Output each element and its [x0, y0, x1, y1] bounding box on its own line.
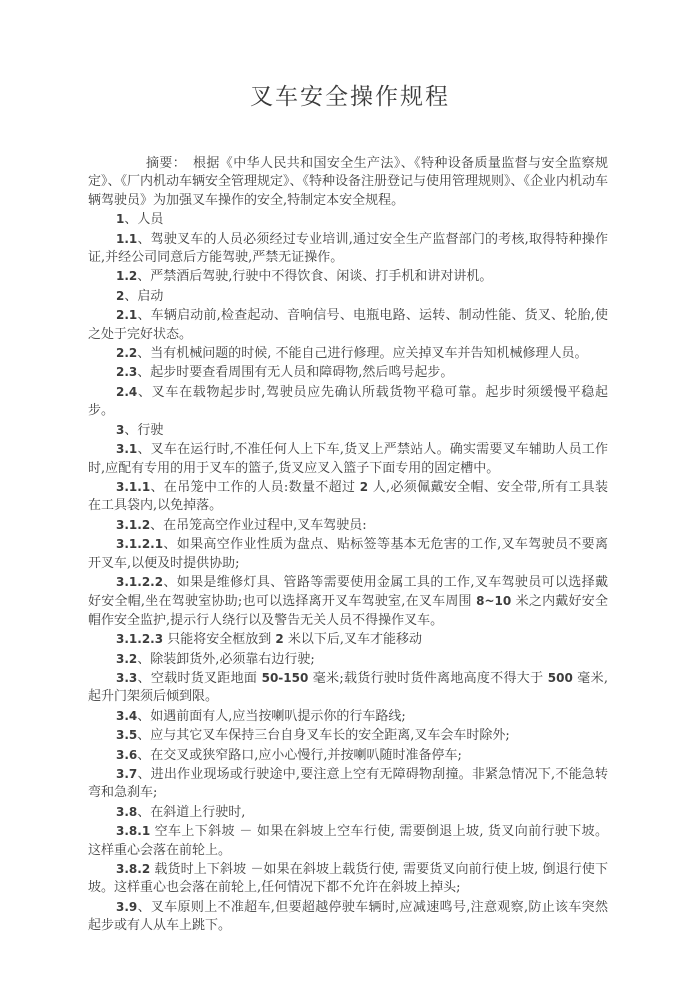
clause-text: 、在吊笼高空作业过程中,叉车驾驶员:: [150, 518, 367, 533]
clause-text: 载货时上下斜坡 －如果在斜坡上载货行使, 需要货叉向前行使上坡, 倒退行使下坡。…: [88, 862, 608, 895]
clause-number: 1.1: [116, 232, 137, 246]
clause-number: 3.8.1: [116, 824, 150, 838]
clause-number: 2: [275, 632, 283, 646]
paragraph: 3.2、除装卸货外,必须靠右边行驶;: [88, 650, 608, 669]
clause-text: 、起步时要查看周围有无人员和障碍物,然后鸣号起步。: [137, 365, 453, 380]
clause-number: 2.1: [116, 308, 137, 322]
paragraph: 1.2、严禁酒后驾驶,行驶中不得饮食、闲谈、打手机和讲对讲机。: [88, 267, 608, 286]
paragraph: 2.2、当有机械问题的时候, 不能自己进行修理。应关掉叉车并告知机械修理人员。: [88, 344, 608, 363]
clause-text: 、应与其它叉车保持三台自身叉车长的安全距离,叉车会车时除外;: [137, 728, 510, 743]
clause-text: 、叉车原则上不准超车,但要超越停驶车辆时,应减速鸣号,注意观察,防止该车突然起步…: [88, 900, 608, 933]
clause-number: 3.1.2: [116, 518, 150, 532]
clause-number: 3.3: [116, 671, 137, 685]
clause-text: 只能将安全框放到: [163, 632, 275, 647]
clause-number: 500: [548, 671, 573, 685]
clause-text: 、除装卸货外,必须靠右边行驶;: [137, 652, 315, 667]
paragraph: 3.8.1 空车上下斜坡 － 如果在斜坡上空车行使, 需要倒退上坡, 货叉向前行…: [88, 822, 608, 860]
document-page: 叉车安全操作规程 摘要： 根据《中华人民共和国安全生产法》、《特种设备质量监督与…: [0, 0, 700, 990]
paragraph: 3.1.2.3 只能将安全框放到 2 米以下后,叉车才能移动: [88, 630, 608, 649]
clause-number: 3.1: [116, 442, 137, 456]
clause-number: 2.2: [116, 346, 137, 360]
paragraph: 1.1、驾驶叉车的人员必须经过专业培训,通过安全生产监督部门的考核,取得特种操作…: [88, 230, 608, 268]
paragraph: 3.8.2 载货时上下斜坡 －如果在斜坡上载货行使, 需要货叉向前行使上坡, 倒…: [88, 860, 608, 898]
clause-text: 、如遇前面有人,应当按喇叭提示你的行车路线;: [137, 709, 406, 724]
paragraph: 摘要： 根据《中华人民共和国安全生产法》、《特种设备质量监督与安全监察规定》、《…: [88, 155, 608, 210]
clause-number: 3.5: [116, 728, 137, 742]
clause-number: 2: [360, 480, 368, 494]
paragraph: 2.4、叉车在载物起步时,驾驶员应先确认所载货物平稳可靠。起步时须缓慢平稳起步。: [88, 383, 608, 421]
clause-text: 、在吊笼中工作的人员:数量不超过: [150, 480, 360, 495]
clause-number: 3.2: [116, 652, 137, 666]
clause-number: 3.8.2: [116, 862, 150, 876]
clause-number: 1.2: [116, 269, 137, 283]
clause-text: 、在斜道上行驶时,: [137, 805, 245, 820]
paragraph: 3.3、空载时货叉距地面 50-150 毫米;载货行驶时货件离地高度不得大于 5…: [88, 669, 608, 707]
clause-text: 、空载时货叉距地面: [137, 671, 261, 686]
clause-text: 米以下后,叉车才能移动: [284, 632, 422, 647]
clause-text: 、车辆启动前,检查起动、音响信号、电瓶电路、运转、制动性能、货叉、轮胎,使之处于…: [88, 308, 608, 341]
paragraph: 3.1.1、在吊笼中工作的人员:数量不超过 2 人,必须佩戴安全帽、安全带,所有…: [88, 478, 608, 516]
clause-text: 、叉车在运行时,不准任何人上下车,货叉上严禁站人。确实需要叉车辅助人员工作时,应…: [88, 442, 608, 475]
paragraph: 3.4、如遇前面有人,应当按喇叭提示你的行车路线;: [88, 707, 608, 726]
paragraph: 3.1.2.2、如果是维修灯具、管路等需要使用金属工具的工作,叉车驾驶员可以选择…: [88, 573, 608, 630]
paragraph: 3.8、在斜道上行驶时,: [88, 803, 608, 822]
paragraph: 3.7、进出作业现场或行驶途中,要注意上空有无障碍物刮撞。非紧急情况下,不能急转…: [88, 765, 608, 803]
clause-text: 、严禁酒后驾驶,行驶中不得饮食、闲谈、打手机和讲对讲机。: [137, 269, 492, 284]
clause-number: 3.8: [116, 805, 137, 819]
clause-number: 3.1.2.3: [116, 632, 163, 646]
clause-number: 3.1.2.1: [116, 537, 163, 551]
clause-text: 空车上下斜坡 － 如果在斜坡上空车行使, 需要倒退上坡, 货叉向前行驶下坡。这样…: [88, 824, 608, 857]
clause-number: 8~10: [476, 594, 511, 608]
clause-number: 50-150: [262, 671, 309, 685]
paragraph: 3.6、在交叉或狭窄路口,应小心慢行,并按喇叭随时准备停车;: [88, 746, 608, 765]
paragraph: 3.1、叉车在运行时,不准任何人上下车,货叉上严禁站人。确实需要叉车辅助人员工作…: [88, 440, 608, 478]
clause-number: 3.1.2.2: [116, 575, 163, 589]
clause-text: 、在交叉或狭窄路口,应小心慢行,并按喇叭随时准备停车;: [137, 748, 462, 763]
paragraph: 3、行驶: [88, 421, 608, 440]
clause-text: 摘要： 根据《中华人民共和国安全生产法》、《特种设备质量监督与安全监察规定》、《…: [88, 156, 608, 208]
clause-number: 3.1.1: [116, 480, 150, 494]
clause-text: 、如果高空作业性质为盘点、贴标签等基本无危害的工作,叉车驾驶员不要离开叉车,以便…: [88, 537, 608, 570]
clause-number: 3.6: [116, 748, 137, 762]
clause-number: 3.4: [116, 709, 137, 723]
paragraph: 2、启动: [88, 287, 608, 306]
clause-text: 、人员: [124, 212, 163, 227]
paragraph: 2.3、起步时要查看周围有无人员和障碍物,然后鸣号起步。: [88, 363, 608, 382]
clause-number: 2.4: [116, 385, 137, 399]
paragraph: 1、人员: [88, 210, 608, 229]
paragraph: 3.9、叉车原则上不准超车,但要超越停驶车辆时,应减速鸣号,注意观察,防止该车突…: [88, 898, 608, 936]
clause-number: 2.3: [116, 365, 137, 379]
paragraph: 3.5、应与其它叉车保持三台自身叉车长的安全距离,叉车会车时除外;: [88, 726, 608, 745]
clause-text: 、进出作业现场或行驶途中,要注意上空有无障碍物刮撞。非紧急情况下,不能急转弯和急…: [88, 767, 608, 800]
clause-text: 、驾驶叉车的人员必须经过专业培训,通过安全生产监督部门的考核,取得特种操作证,并…: [88, 232, 608, 265]
paragraph: 3.1.2.1、如果高空作业性质为盘点、贴标签等基本无危害的工作,叉车驾驶员不要…: [88, 535, 608, 573]
paragraph: 2.1、车辆启动前,检查起动、音响信号、电瓶电路、运转、制动性能、货叉、轮胎,使…: [88, 306, 608, 344]
clause-number: 3.7: [116, 767, 137, 781]
paragraph: 3.1.2、在吊笼高空作业过程中,叉车驾驶员:: [88, 516, 608, 535]
clause-text: 、行驶: [124, 423, 163, 438]
clause-text: 、当有机械问题的时候, 不能自己进行修理。应关掉叉车并告知机械修理人员。: [137, 346, 587, 361]
clause-text: 毫米;载货行驶时货件离地高度不得大于: [308, 671, 547, 686]
clause-number: 3.9: [116, 900, 137, 914]
clause-text: 、叉车在载物起步时,驾驶员应先确认所载货物平稳可靠。起步时须缓慢平稳起步。: [88, 385, 608, 418]
document-title: 叉车安全操作规程: [0, 0, 700, 112]
document-content: 摘要： 根据《中华人民共和国安全生产法》、《特种设备质量监督与安全监察规定》、《…: [88, 155, 608, 936]
clause-text: 、启动: [124, 289, 163, 304]
